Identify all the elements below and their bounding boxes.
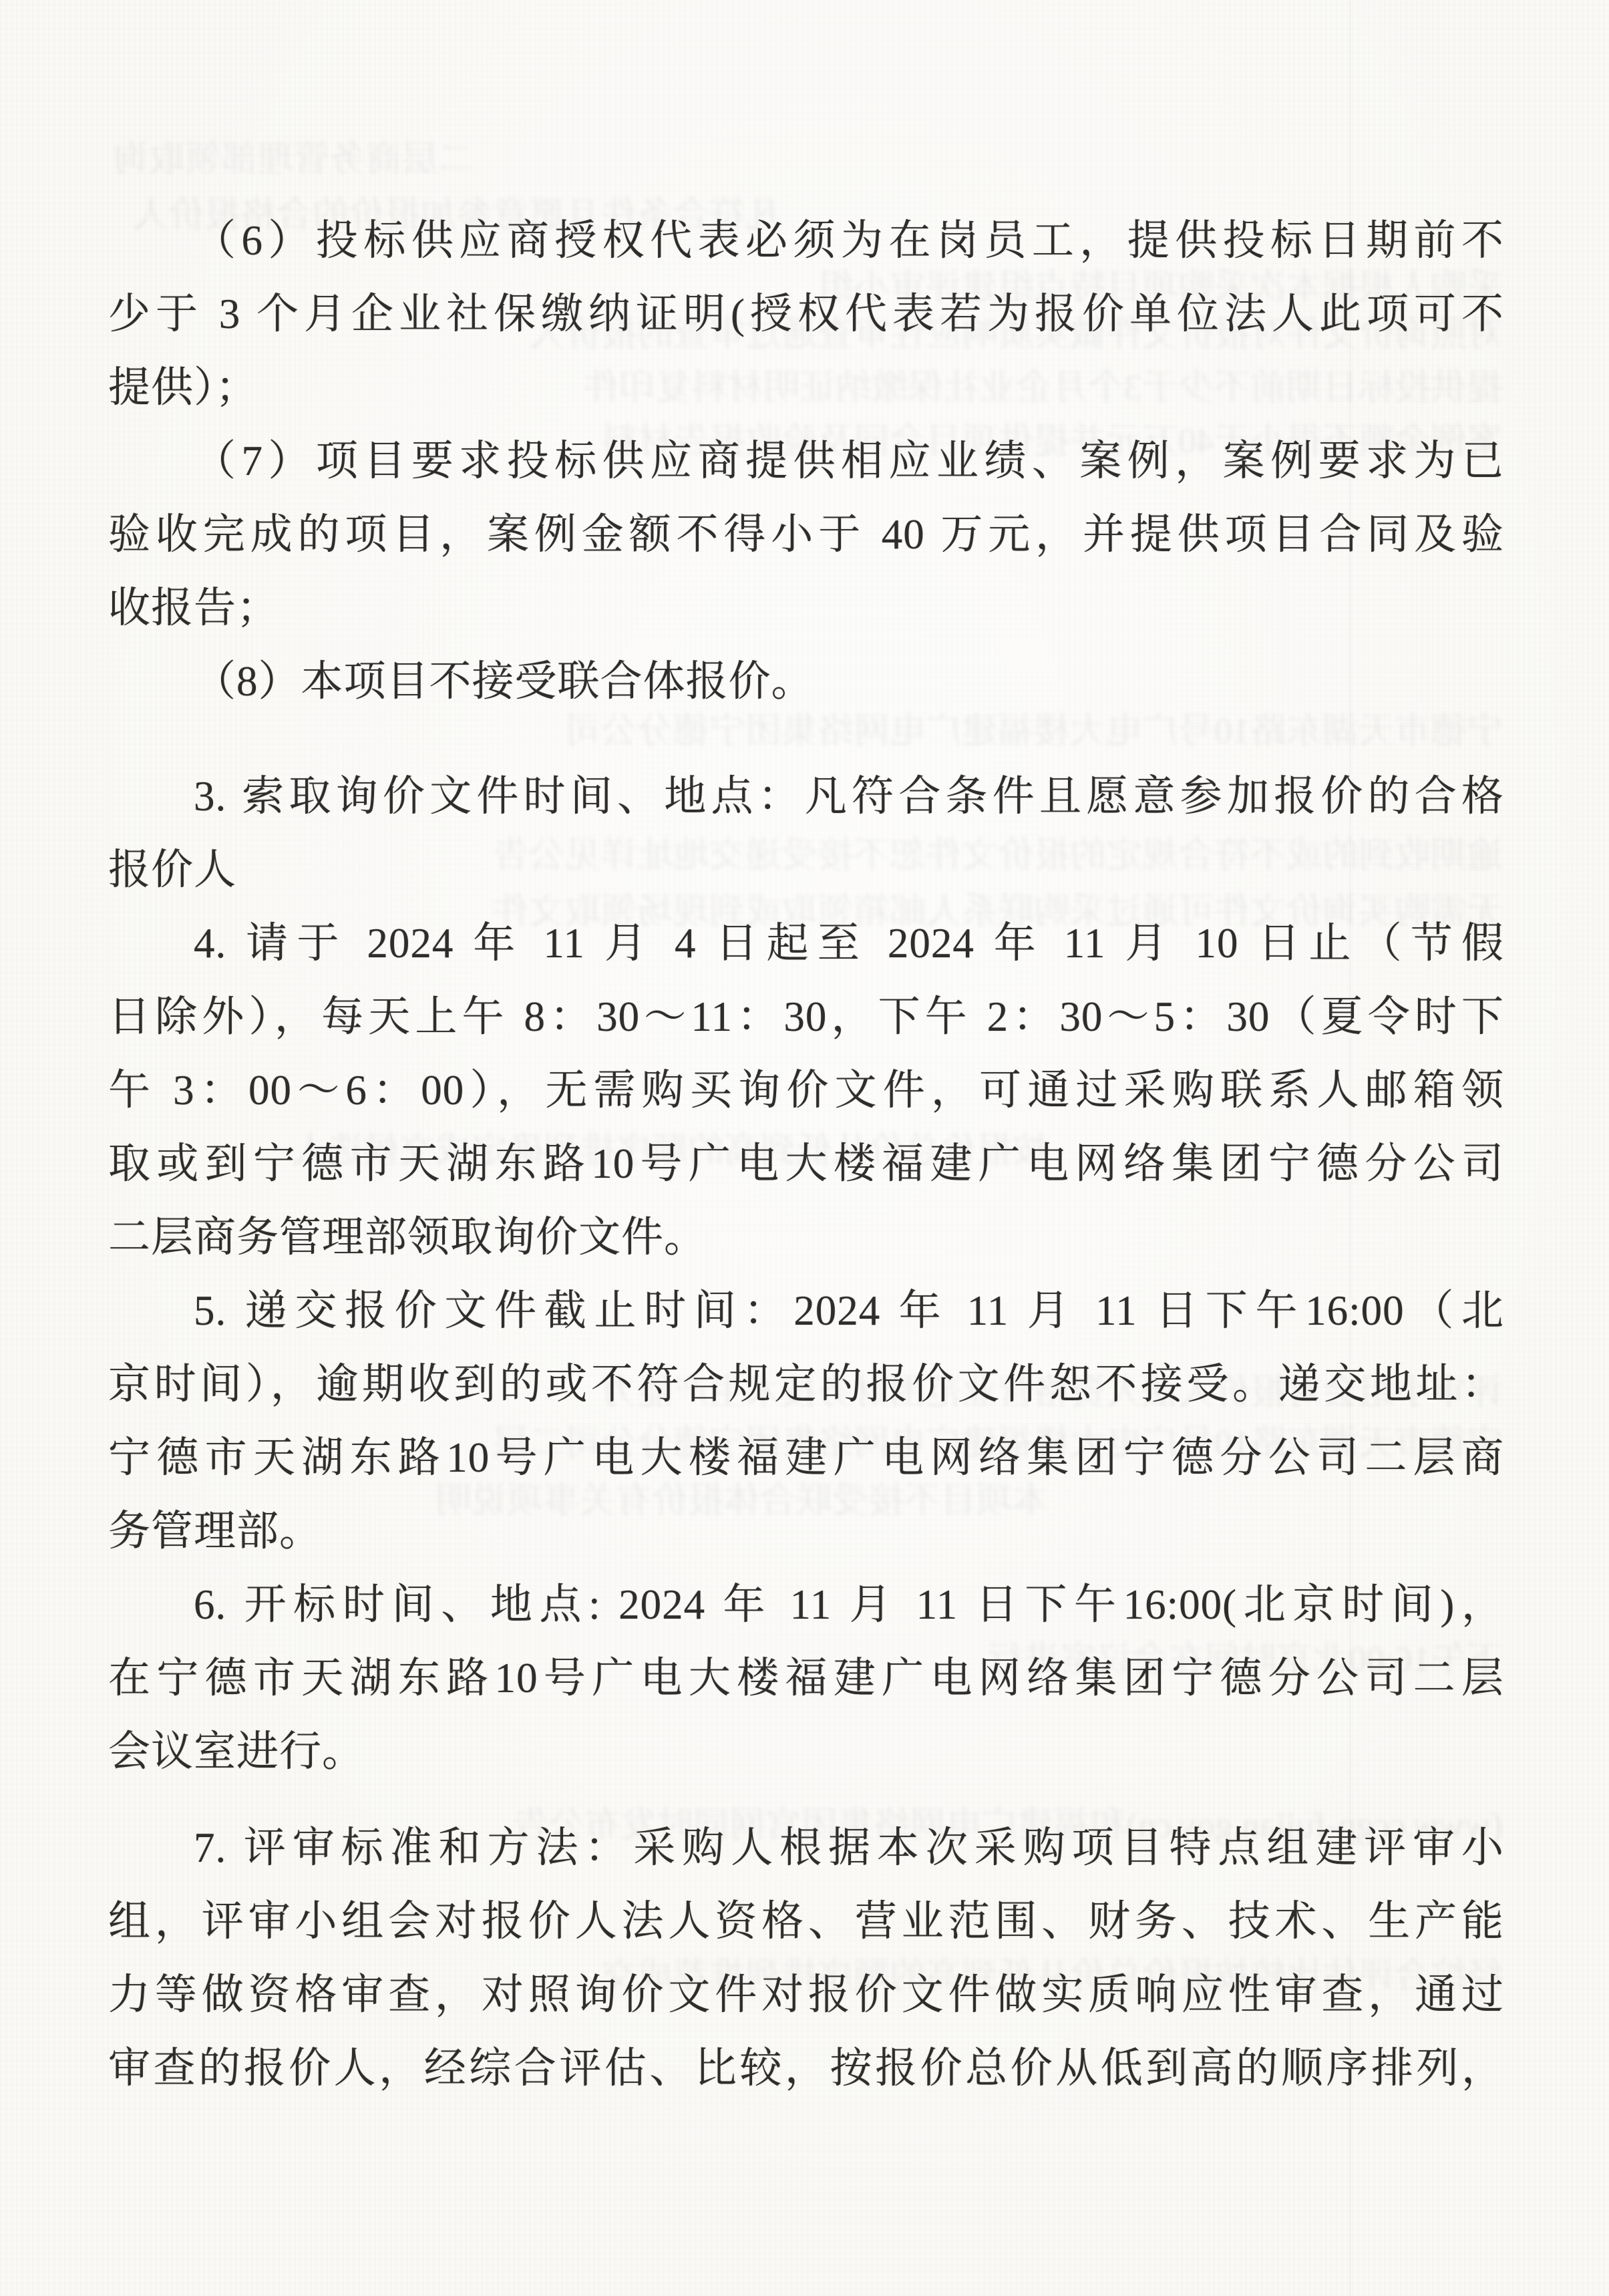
document-text-block: （6）投标供应商授权代表必须为在岗员工，提供投标日期前不少于 3 个月企业社保缴… xyxy=(108,204,1504,2105)
text-line-5: 验收完成的项目，案例金额不得小于 40 万元，并提供项目合同及验 xyxy=(108,498,1504,571)
text-line-3: 提供）； xyxy=(108,351,1504,424)
text-line-19: 6. 开标时间、地点: 2024 年 11 月 11 日下午16:00(北京时间… xyxy=(108,1568,1504,1641)
text-line-6: 收报告； xyxy=(108,571,1504,645)
text-line-24: 力等做资格审查，对照询价文件对报价文件做实质响应性审查，通过 xyxy=(108,1958,1504,2031)
text-line-12: 午 3：00～6：00），无需购买询价文件，可通过采购联系人邮箱领 xyxy=(108,1053,1504,1127)
text-line-11: 日除外），每天上午 8：30～11：30，下午 2：30～5：30（夏令时下 xyxy=(108,980,1504,1053)
text-line-2: 少于 3 个月企业社保缴纳证明(授权代表若为报价单位法人此项可不 xyxy=(108,277,1504,351)
text-line-22: 7. 评审标准和方法：采购人根据本次采购项目特点组建评审小 xyxy=(108,1811,1504,1884)
text-line-23: 组，评审小组会对报价人法人资格、营业范围、财务、技术、生产能 xyxy=(108,1884,1504,1958)
text-line-8: 3. 索取询价文件时间、地点：凡符合条件且愿意参加报价的合格 xyxy=(108,760,1504,833)
text-line-16: 京时间），逾期收到的或不符合规定的报价文件恕不接受。递交地址： xyxy=(108,1347,1504,1421)
text-line-21: 会议室进行。 xyxy=(108,1715,1504,1788)
text-line-20: 在宁德市天湖东路10号广电大楼福建广电网络集团宁德分公司二层 xyxy=(108,1641,1504,1715)
text-line-13: 取或到宁德市天湖东路10号广电大楼福建广电网络集团宁德分公司 xyxy=(108,1127,1504,1200)
text-line-1: （6）投标供应商授权代表必须为在岗员工，提供投标日期前不 xyxy=(108,204,1504,277)
text-line-10: 4. 请于 2024 年 11 月 4 日起至 2024 年 11 月 10 日… xyxy=(108,907,1504,980)
text-line-7: （8）本项目不接受联合体报价。 xyxy=(108,645,1504,718)
text-line-25: 审查的报价人，经综合评估、比较，按报价总价从低到高的顺序排列， xyxy=(108,2031,1504,2105)
text-line-15: 5. 递交报价文件截止时间：2024 年 11 月 11 日下午16:00（北 xyxy=(108,1274,1504,1347)
text-line-17: 宁德市天湖东路10号广电大楼福建广电网络集团宁德分公司二层商 xyxy=(108,1421,1504,1494)
text-line-18: 务管理部。 xyxy=(108,1494,1504,1568)
text-line-14: 二层商务管理部领取询价文件。 xyxy=(108,1200,1504,1274)
bleed-through-text: 二层商务管理部领取询价文件。 xyxy=(114,138,474,180)
text-line-9: 报价人 xyxy=(108,833,1504,907)
text-line-4: （7）项目要求投标供应商提供相应业绩、案例，案例要求为已 xyxy=(108,424,1504,498)
scanned-document-page: 二层商务管理部领取询价文件。凡符合条件且愿意参加报价的合格报价人采购人根据本次采… xyxy=(0,0,1609,2296)
